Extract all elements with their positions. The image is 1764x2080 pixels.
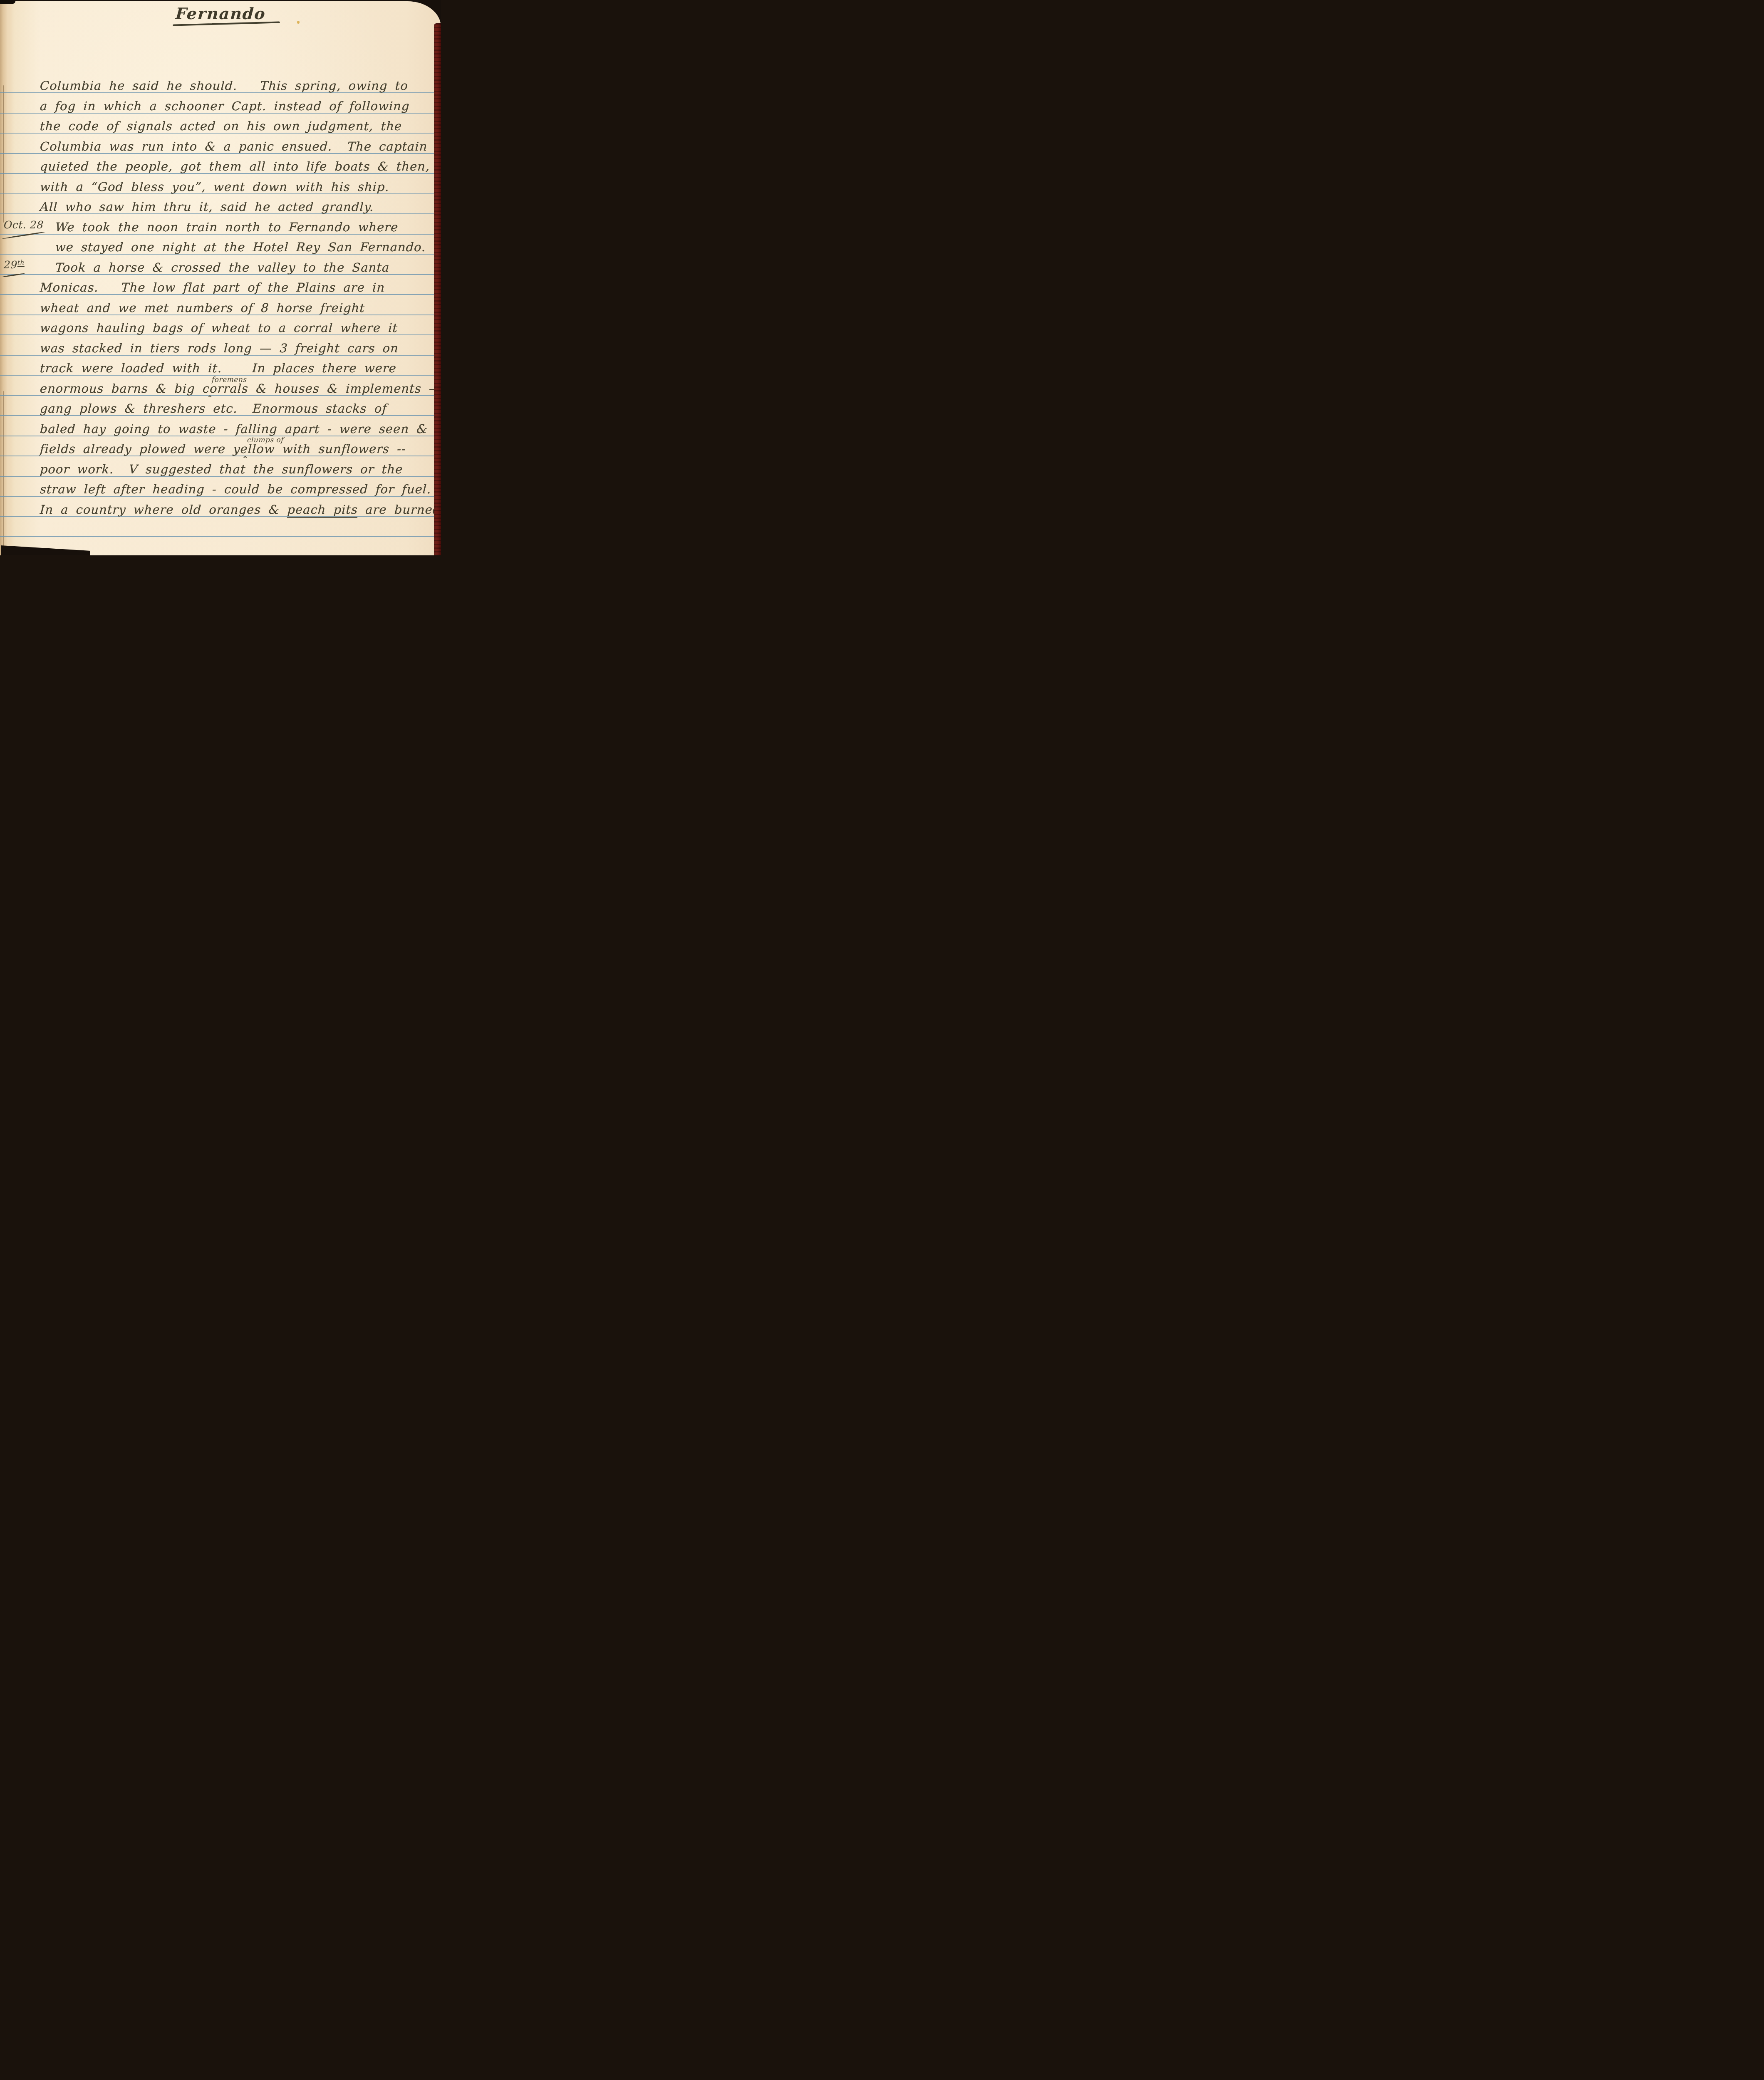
handwritten-text: a fog in which a schooner Capt. instead …	[40, 100, 410, 112]
caret-mark: ^	[207, 394, 213, 402]
handwritten-text: In a country where old oranges & peach p…	[40, 504, 441, 516]
interlinear-insertion: clumps of	[247, 436, 284, 444]
handwritten-text-part: peach pits	[287, 503, 358, 518]
ruled-journal-line: straw left after heading - could be comp…	[0, 475, 434, 497]
margin-date: Oct. 28	[3, 219, 44, 231]
handwritten-text: straw left after heading - could be comp…	[40, 483, 431, 495]
ruled-journal-line: quieted the people, got them all into li…	[0, 153, 434, 174]
handwritten-text: baled hay going to waste - falling apart…	[40, 423, 428, 435]
ruled-journal-line: Oct. 28We took the noon train north to F…	[0, 213, 434, 235]
ruled-journal-line: was stacked in tiers rods long — 3 freig…	[0, 334, 434, 356]
notebook-page: Fernando Columbia he said he should. Thi…	[0, 0, 441, 555]
ruled-journal-line: baled hay going to waste - falling apart…	[0, 415, 434, 436]
interlinear-insertion: foremens	[211, 376, 247, 384]
handwritten-text: with a “God bless you”, went down with h…	[40, 181, 389, 193]
ruled-journal-line: with a “God bless you”, went down with h…	[0, 173, 434, 194]
handwritten-text: Monicas. The low flat part of the Plains…	[40, 282, 385, 294]
ruled-journal-line: we stayed one night at the Hotel Rey San…	[0, 233, 434, 255]
ruled-journal-line: poor work. V suggested that the sunflowe…	[0, 456, 434, 477]
ruled-journal-line: 29thTook a horse & crossed the valley to…	[0, 254, 434, 275]
handwritten-text: poor work. V suggested that the sunflowe…	[40, 463, 403, 475]
ruled-journal-line	[0, 516, 434, 537]
handwritten-text-part: In a country where old oranges &	[40, 503, 287, 517]
margin-date-text: Oct. 28	[3, 219, 44, 231]
margin-date-text: 29	[3, 259, 17, 271]
margin-date-ordinal: th	[17, 259, 25, 267]
ruled-journal-line: Columbia was run into & a panic ensued. …	[0, 133, 434, 154]
handwritten-text: We took the noon train north to Fernando…	[55, 221, 399, 233]
ruled-journal-line: wagons hauling bags of wheat to a corral…	[0, 314, 434, 335]
handwritten-text: Columbia was run into & a panic ensued. …	[40, 141, 428, 153]
handwritten-text: All who saw him thru it, said he acted g…	[40, 201, 374, 213]
ruled-journal-line: Columbia he said he should. This spring,…	[0, 72, 434, 93]
handwritten-text: wagons hauling bags of wheat to a corral…	[40, 322, 398, 334]
handwritten-text: gang plows & threshers etc. Enormous sta…	[40, 403, 387, 415]
ruled-journal-line: the code of signals acted on his own jud…	[0, 112, 434, 134]
ruled-journal-line: track were loaded with it. In places the…	[0, 354, 434, 376]
handwritten-text: track were loaded with it. In places the…	[40, 362, 397, 374]
ruled-journal-line: wheat and we met numbers of 8 horse frei…	[0, 294, 434, 315]
margin-date: 29th	[3, 259, 25, 271]
handwritten-text-part: are burned,	[357, 503, 441, 517]
handwritten-text: fields already plowed were yellow with s…	[40, 443, 406, 455]
handwritten-text: wheat and we met numbers of 8 horse frei…	[40, 302, 365, 314]
ruled-journal-line: In a country where old oranges & peach p…	[0, 496, 434, 517]
journal-lines: Columbia he said he should. This spring,…	[0, 0, 441, 555]
handwritten-text: we stayed one night at the Hotel Rey San…	[55, 241, 426, 253]
ruled-journal-line: Monicas. The low flat part of the Plains…	[0, 274, 434, 295]
ruled-journal-line: a fog in which a schooner Capt. instead …	[0, 92, 434, 114]
handwritten-text: enormous barns & big corrals & houses & …	[40, 383, 441, 395]
handwritten-text: was stacked in tiers rods long — 3 freig…	[40, 342, 399, 354]
handwritten-text: Took a horse & crossed the valley to the…	[55, 262, 390, 274]
ruled-journal-line: fields already plowed were yellow with s…	[0, 435, 434, 456]
handwritten-text: Columbia he said he should. This spring,…	[40, 80, 409, 92]
caret-mark: ^	[243, 455, 248, 463]
right-binding	[434, 23, 441, 555]
handwritten-text: the code of signals acted on his own jud…	[40, 120, 402, 132]
ruled-journal-line: All who saw him thru it, said he acted g…	[0, 193, 434, 214]
ruled-journal-line: gang plows & threshers etc. Enormous sta…	[0, 395, 434, 416]
handwritten-text: quieted the people, got them all into li…	[40, 161, 430, 173]
